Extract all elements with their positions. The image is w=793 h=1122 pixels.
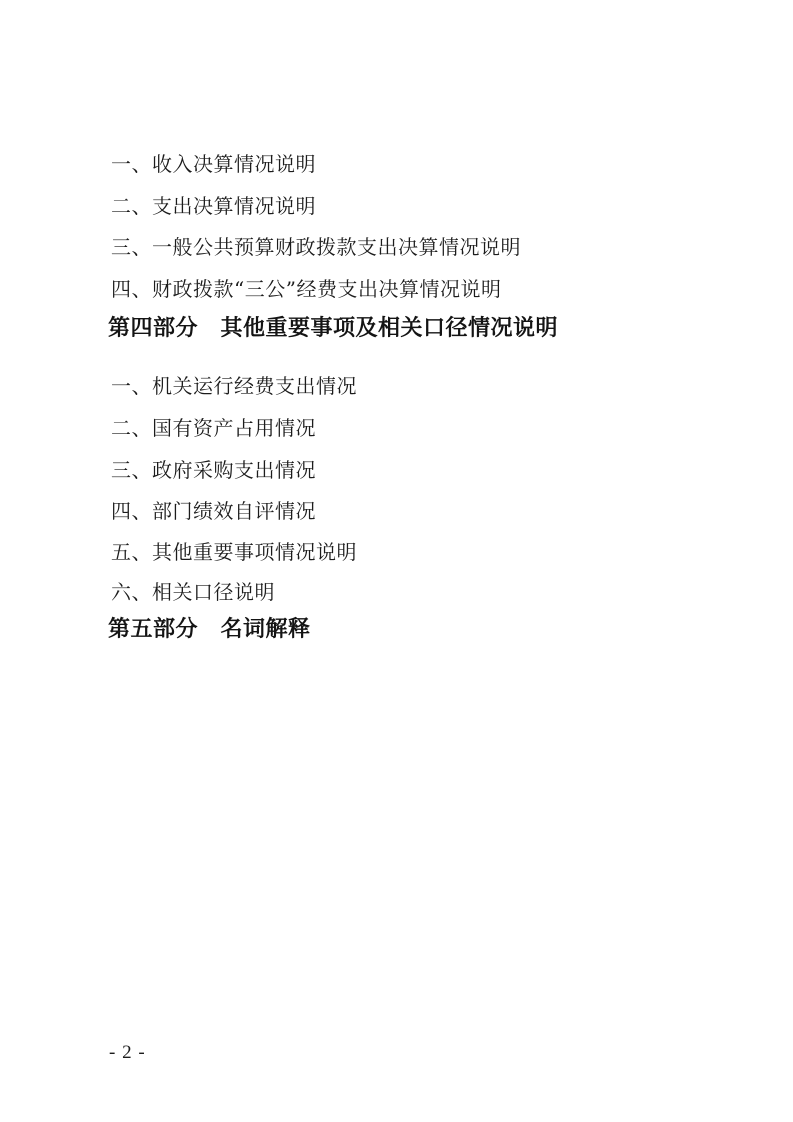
toc-item-related-caliber-statement: 六、相关口径说明 xyxy=(111,580,275,604)
toc-item-government-procurement-expenditure: 三、政府采购支出情况 xyxy=(111,458,316,482)
toc-item-general-public-budget-expenditure: 三、一般公共预算财政拨款支出决算情况说明 xyxy=(111,235,521,259)
section-heading-part5-glossary: 第五部分 名词解释 xyxy=(108,617,311,643)
toc-item-department-performance-self-evaluation: 四、部门绩效自评情况 xyxy=(111,499,316,523)
toc-item-state-owned-assets-occupancy: 二、国有资产占用情况 xyxy=(111,416,316,440)
document-page: 一、收入决算情况说明 二、支出决算情况说明 三、一般公共预算财政拨款支出决算情况… xyxy=(0,0,793,1122)
footer-page-number: - 2 - xyxy=(109,1042,146,1064)
toc-item-three-public-funds-expenditure: 四、财政拨款“三公”经费支出决算情况说明 xyxy=(111,277,501,301)
toc-item-other-important-matters-statement: 五、其他重要事项情况说明 xyxy=(111,540,357,564)
toc-item-agency-operating-expenses: 一、机关运行经费支出情况 xyxy=(111,374,357,398)
section-heading-part4-other-important-matters: 第四部分 其他重要事项及相关口径情况说明 xyxy=(108,316,558,342)
toc-item-revenue-final-accounts: 一、收入决算情况说明 xyxy=(111,152,316,176)
toc-item-expenditure-final-accounts: 二、支出决算情况说明 xyxy=(111,194,316,218)
